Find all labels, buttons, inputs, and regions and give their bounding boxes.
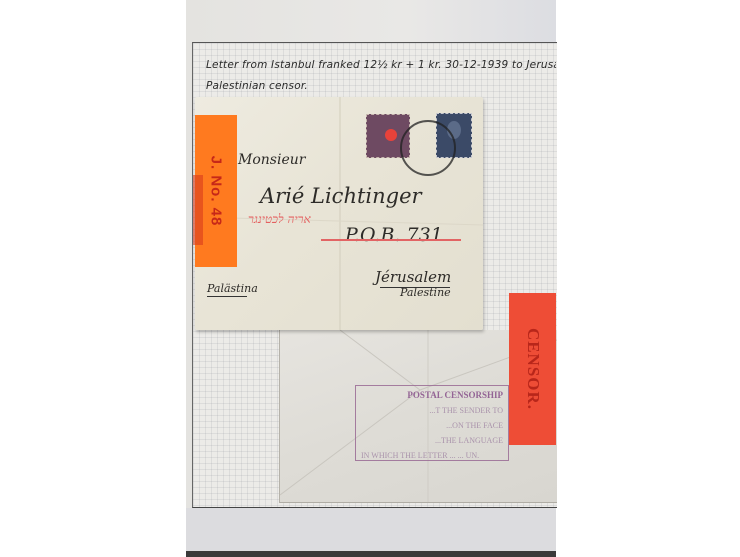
routing-underline [207,296,247,297]
address-name: Arié Lichtinger [260,184,422,208]
censor-label-back: CENSOR. [509,293,556,445]
routing-note: Palästina [207,282,258,295]
page-edge-shadow [186,551,556,557]
censor-label-number: J. No. 48 [208,156,225,227]
address-salutation: Monsieur [238,152,305,168]
strikethrough-line [321,239,461,241]
censorship-stamp-line: ...ON THE FACE [361,418,503,433]
address-city: Jérusalem [375,268,451,286]
crescent-icon [385,129,397,141]
address-po-box: P.O.B. 731 [345,224,443,246]
censorship-stamp-line: ...THE LANGUAGE [361,433,503,448]
censorship-stamp-line: ...T THE SENDER TO [361,403,503,418]
caption-line-1: Letter from Istanbul franked 12½ kr + 1 … [206,55,556,76]
page-bottom-margin [186,508,556,557]
censorship-stamp-line: IN WHICH THE LETTER ... ... UN. [361,448,503,463]
istanbul-postmark [400,120,456,176]
caption-line-2: Palestinian censor. [206,76,556,97]
censor-label-front: J. No. 48 [195,115,237,267]
label-torn-edge [193,175,203,245]
address-country: Palestine [400,286,451,299]
censor-label-text: CENSOR. [523,328,543,410]
album-caption: Letter from Istanbul franked 12½ kr + 1 … [206,55,556,97]
censorship-stamp-title: POSTAL CENSORSHIP [361,388,503,403]
postal-censorship-stamp: POSTAL CENSORSHIP ...T THE SENDER TO ...… [355,385,509,461]
address-hebrew: אריה לכטינגר [248,212,311,227]
